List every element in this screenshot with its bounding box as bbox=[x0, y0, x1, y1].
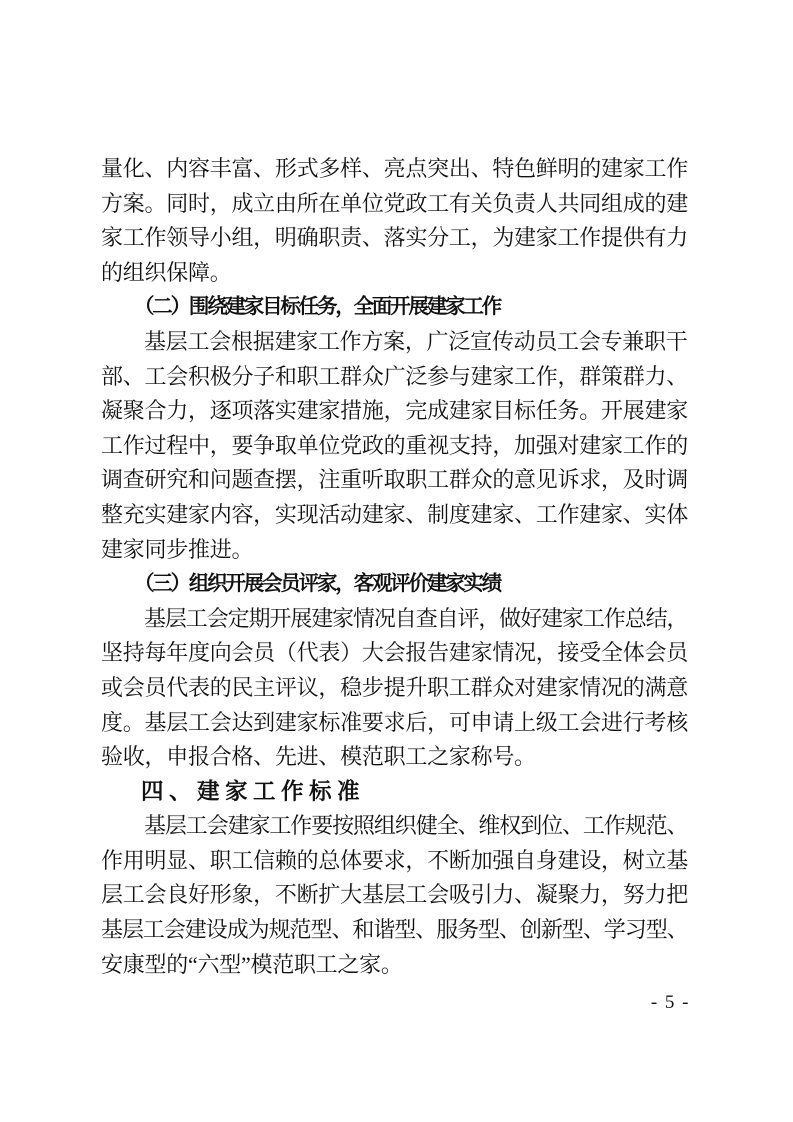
body-text-line: 凝聚合力，逐项落实建家措施，完成建家目标任务。开展建家 bbox=[101, 394, 693, 429]
body-text-line: 坚持每年度向会员（代表）大会报告建家情况，接受全体会员 bbox=[101, 636, 693, 671]
body-text-line: 安康型的“六型”模范职工之家。 bbox=[101, 948, 693, 983]
body-text-line: 的组织保障。 bbox=[101, 256, 693, 291]
body-text-line: 或会员代表的民主评议，稳步提升职工群众对建家情况的满意 bbox=[101, 671, 693, 706]
body-text-line: 度。基层工会达到建家标准要求后，可申请上级工会进行考核 bbox=[101, 706, 693, 741]
body-text-line: 基层工会建家工作要按照组织健全、维权到位、工作规范、 bbox=[101, 809, 693, 844]
body-text-line: 验收，申报合格、先进、模范职工之家称号。 bbox=[101, 740, 693, 775]
page-number: - 5 - bbox=[651, 992, 690, 1014]
heading-section-3: （三）组织开展会员评家，客观评价建家实绩 bbox=[101, 567, 693, 602]
body-text-line: 整充实建家内容，实现活动建家、制度建家、工作建家、实体 bbox=[101, 498, 693, 533]
body-text-line: 建家同步推进。 bbox=[101, 533, 693, 568]
body-text-line: 层工会良好形象，不断扩大基层工会吸引力、凝聚力，努力把 bbox=[101, 878, 693, 913]
body-text-line: 工作过程中，要争取单位党政的重视支持，加强对建家工作的 bbox=[101, 429, 693, 464]
body-text-line: 量化、内容丰富、形式多样、亮点突出、特色鲜明的建家工作 bbox=[101, 152, 693, 187]
body-text-line: 基层工会建设成为规范型、和谐型、服务型、创新型、学习型、 bbox=[101, 913, 693, 948]
page-body: 量化、内容丰富、形式多样、亮点突出、特色鲜明的建家工作 方案。同时，成立由所在单… bbox=[101, 152, 693, 982]
body-text-line: 部、工会积极分子和职工群众广泛参与建家工作，群策群力、 bbox=[101, 360, 693, 395]
heading-section-4: 四、建家工作标准 bbox=[101, 775, 693, 810]
body-text-line: 基层工会根据建家工作方案，广泛宣传动员工会专兼职干 bbox=[101, 325, 693, 360]
body-text-line: 调查研究和问题查摆，注重听取职工群众的意见诉求，及时调 bbox=[101, 463, 693, 498]
body-text-line: 家工作领导小组，明确职责、落实分工，为建家工作提供有力 bbox=[101, 221, 693, 256]
body-text-line: 基层工会定期开展建家情况自查自评，做好建家工作总结， bbox=[101, 602, 693, 637]
document-page: 量化、内容丰富、形式多样、亮点突出、特色鲜明的建家工作 方案。同时，成立由所在单… bbox=[0, 0, 793, 1122]
heading-section-2: （二）围绕建家目标任务，全面开展建家工作 bbox=[101, 290, 693, 325]
body-text-line: 方案。同时，成立由所在单位党政工有关负责人共同组成的建 bbox=[101, 187, 693, 222]
body-text-line: 作用明显、职工信赖的总体要求，不断加强自身建设，树立基 bbox=[101, 844, 693, 879]
